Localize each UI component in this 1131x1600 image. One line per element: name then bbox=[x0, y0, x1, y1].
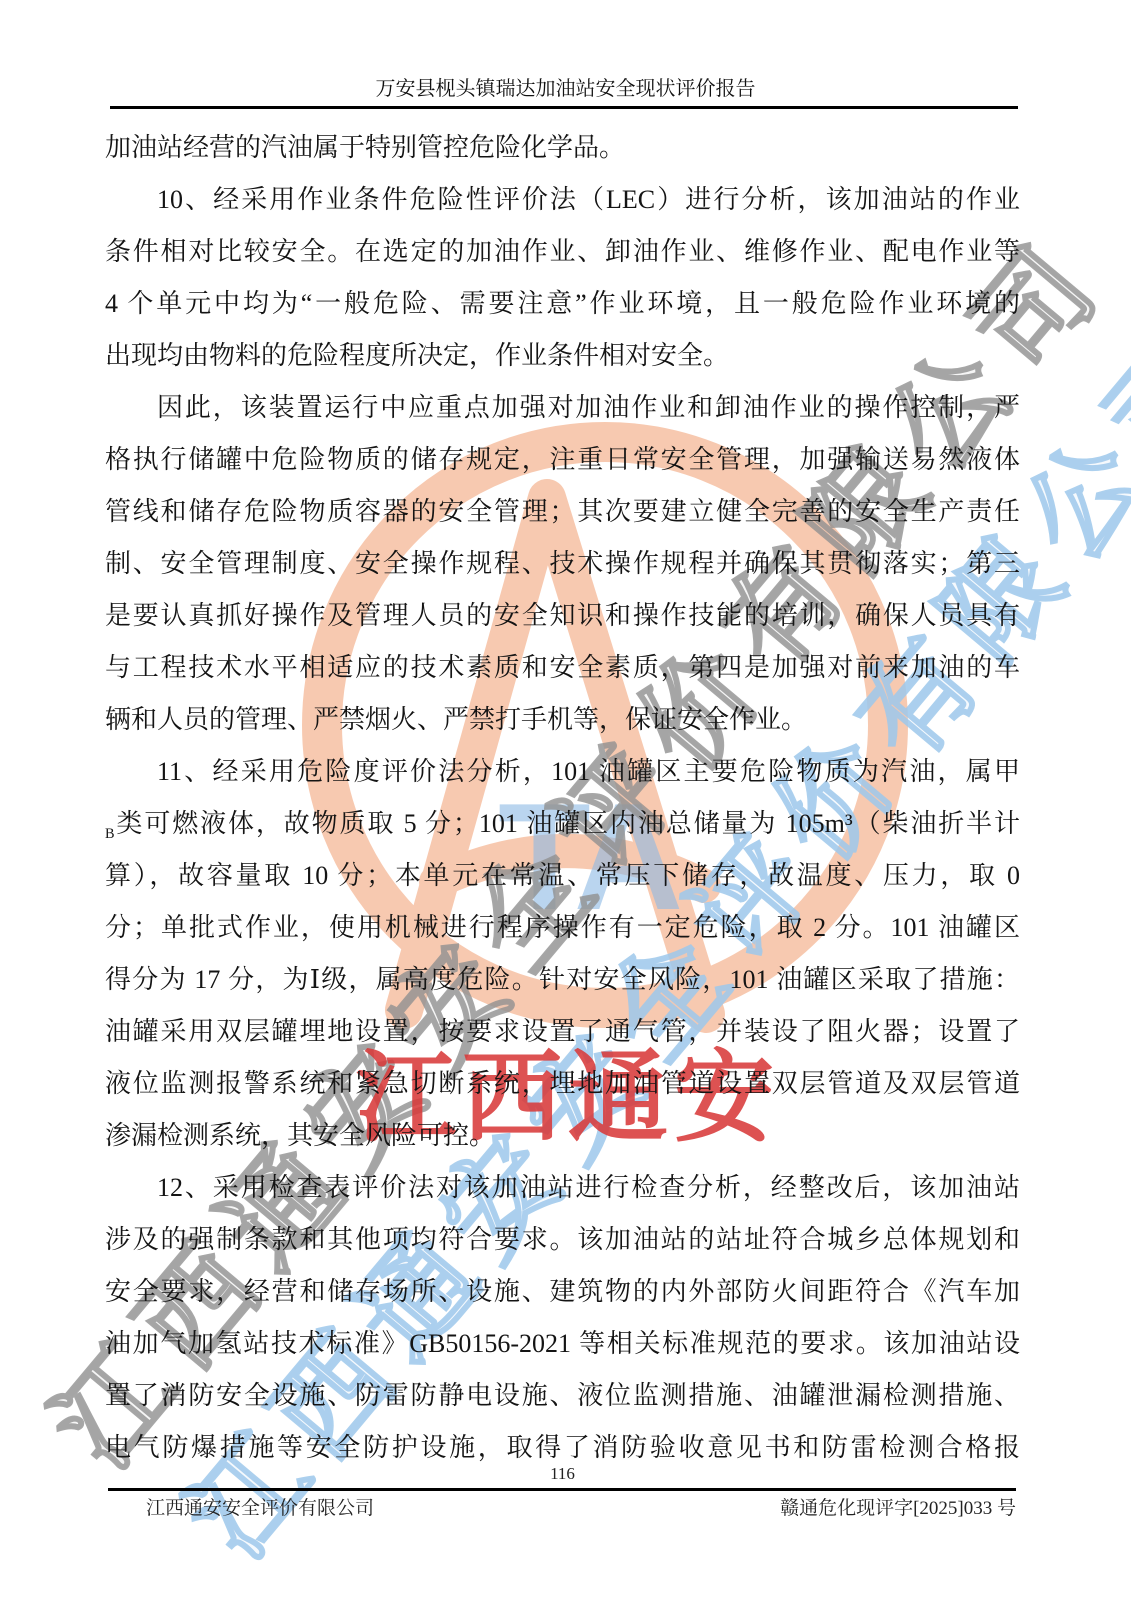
text-line: 安全要求，经营和储存场所、设施、建筑物的内外部防火间距符合《汽车加 bbox=[105, 1266, 1020, 1318]
text-line: 辆和人员的管理、严禁烟火、严禁打手机等，保证安全作业。 bbox=[105, 694, 1020, 746]
text-line: 格执行储罐中危险物质的储存规定，注重日常安全管理，加强输送易然液体 bbox=[105, 434, 1020, 486]
text-line: 因此，该装置运行中应重点加强对加油作业和卸油作业的操作控制，严 bbox=[105, 382, 1020, 434]
text-line: 出现均由物料的危险程度所决定，作业条件相对安全。 bbox=[105, 330, 1020, 382]
text-line: 管线和储存危险物质容器的安全管理；其次要建立健全完善的安全生产责任 bbox=[105, 486, 1020, 538]
text-line: 涉及的强制条款和其他项均符合要求。该加油站的站址符合城乡总体规划和 bbox=[105, 1214, 1020, 1266]
footer-rule bbox=[108, 1488, 1016, 1491]
footer-company: 江西通安安全评价有限公司 bbox=[110, 1496, 374, 1522]
text-line: 算），故容量取 10 分；本单元在常温、常压下储存，故温度、压力，取 0 bbox=[105, 850, 1020, 902]
report-page: TA 江西通安安全评价有限公司 江西通安安全评价有限公司 江西通安 万安县枧头镇… bbox=[0, 0, 1131, 1600]
footer-row: 江西通安安全评价有限公司 赣通危化现评字[2025]033 号 bbox=[110, 1496, 1018, 1522]
text-line: 得分为 17 分，为Ⅰ级，属高度危险。针对安全风险，101 油罐区采取了措施： bbox=[105, 954, 1020, 1006]
text-line: 与工程技术水平相适应的技术素质和安全素质，第四是加强对前来加油的车 bbox=[105, 642, 1020, 694]
text-line: 制、安全管理制度、安全操作规程、技术操作规程并确保其贯彻落实；第三 bbox=[105, 538, 1020, 590]
page-number: 116 bbox=[105, 1463, 1020, 1485]
text-line: 是要认真抓好操作及管理人员的安全知识和操作技能的培训，确保人员具有 bbox=[105, 590, 1020, 642]
text-line: 液位监测报警系统和紧急切断系统，埋地加油管道设置双层管道及双层管道 bbox=[105, 1058, 1020, 1110]
text-line: 油加气加氢站技术标准》GB50156-2021 等相关标准规范的要求。该加油站设 bbox=[105, 1318, 1020, 1370]
text-line: B类可燃液体，故物质取 5 分；101 油罐区内油总储量为 105m³（柴油折半… bbox=[105, 798, 1020, 850]
text-line: 置了消防安全设施、防雷防静电设施、液位监测措施、油罐泄漏检测措施、 bbox=[105, 1370, 1020, 1422]
page-content: 万安县枧头镇瑞达加油站安全现状评价报告 加油站经营的汽油属于特别管控危险化学品。… bbox=[0, 0, 1131, 1600]
footer-doc-number: 赣通危化现评字[2025]033 号 bbox=[780, 1496, 1018, 1522]
text-line: 11、经采用危险度评价法分析，101 油罐区主要危险物质为汽油，属甲 bbox=[105, 746, 1020, 798]
text-line: 12、采用检查表评价法对该加油站进行检查分析，经整改后，该加油站 bbox=[105, 1162, 1020, 1214]
text-line: 分；单批式作业，使用机械进行程序操作有一定危险，取 2 分。101 油罐区 bbox=[105, 902, 1020, 954]
body-text: 加油站经营的汽油属于特别管控危险化学品。10、经采用作业条件危险性评价法（LEC… bbox=[105, 122, 1020, 1474]
text-line: 条件相对比较安全。在选定的加油作业、卸油作业、维修作业、配电作业等 bbox=[105, 226, 1020, 278]
header-rule bbox=[110, 106, 1018, 109]
page-header-title: 万安县枧头镇瑞达加油站安全现状评价报告 bbox=[108, 76, 1023, 102]
text-line: 油罐采用双层罐埋地设置，按要求设置了通气管，并装设了阻火器；设置了 bbox=[105, 1006, 1020, 1058]
text-line: 加油站经营的汽油属于特别管控危险化学品。 bbox=[105, 122, 1020, 174]
text-line: 渗漏检测系统，其安全风险可控。 bbox=[105, 1110, 1020, 1162]
subscript-prefix: B bbox=[105, 826, 115, 842]
text-line: 4 个单元中均为“一般危险、需要注意”作业环境，且一般危险作业环境的 bbox=[105, 278, 1020, 330]
text-line: 10、经采用作业条件危险性评价法（LEC）进行分析，该加油站的作业 bbox=[105, 174, 1020, 226]
